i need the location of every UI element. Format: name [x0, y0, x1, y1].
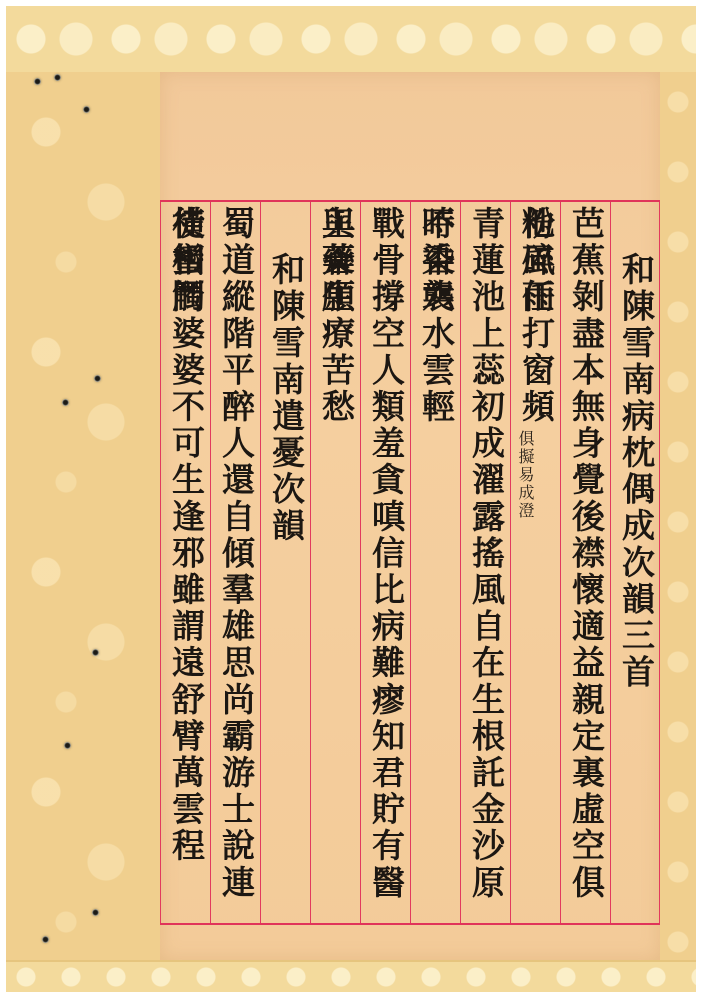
poem-line: 時香襲水雲輕 [411, 206, 461, 426]
column-8: 和陳雪南遣憂次韻 [260, 202, 310, 923]
brocade-left-strip [6, 72, 160, 960]
poem-title-2: 和陳雪南遣憂次韻 [261, 252, 311, 545]
column-1: 和陳雪南病枕偶成次韻三首 [610, 202, 660, 923]
poem-line: 戰骨撐空人類羞貪嗔信比病難瘳知君貯有醫王藥願 [361, 206, 411, 923]
manuscript-paper: 和陳雪南病枕偶成次韻三首 芭蕉剝盡本無身覺後襟懷適益親定裏虛空俱粉碎任 他風雨打… [160, 72, 660, 960]
binding-hole [83, 106, 90, 113]
brocade-right-strip [660, 72, 696, 960]
poem-line: 他風雨打窗頻 [511, 206, 561, 426]
binding-hole [54, 74, 61, 81]
column-10: 徒相鬥婆婆不可生逢邪雖謂遠舒臂萬雲程 [160, 202, 210, 923]
poem-line: 徒相鬥婆婆不可生逢邪雖謂遠舒臂萬雲程 [161, 206, 211, 865]
poem-line: 青蓮池上蕊初成濯露搖風自在生根託金沙原不染六 [461, 206, 511, 923]
binding-hole [64, 742, 71, 749]
poem-line: 芭蕉剝盡本無身覺後襟懷適益親定裏虛空俱粉碎任 [561, 206, 611, 923]
binding-hole [42, 936, 49, 943]
poem-line: 與蒼生療苦愁 [311, 206, 361, 426]
brocade-bottom-border [6, 960, 696, 992]
poem-line: 蜀道縱階平醉人還自傾羣雄思尚霸游士說連橫蠻觸 [211, 206, 261, 923]
column-5: 時香襲水雲輕 [410, 202, 460, 923]
binding-hole [62, 399, 69, 406]
poem-title-1: 和陳雪南病枕偶成次韻三首 [611, 252, 661, 691]
ruled-grid: 和陳雪南病枕偶成次韻三首 芭蕉剝盡本無身覺後襟懷適益親定裏虛空俱粉碎任 他風雨打… [160, 200, 660, 925]
binding-hole [92, 909, 99, 916]
column-6: 戰骨撐空人類羞貪嗔信比病難瘳知君貯有醫王藥願 [360, 202, 410, 923]
brocade-top-border [6, 6, 696, 74]
binding-hole [34, 78, 41, 85]
annotation-note: 俱擬易成澄 [515, 430, 535, 520]
column-3: 他風雨打窗頻 俱擬易成澄 [510, 202, 560, 923]
binding-hole [92, 649, 99, 656]
binding-hole [94, 375, 101, 382]
column-9: 蜀道縱階平醉人還自傾羣雄思尚霸游士說連橫蠻觸 [210, 202, 260, 923]
column-7: 與蒼生療苦愁 [310, 202, 360, 923]
column-2: 芭蕉剝盡本無身覺後襟懷適益親定裏虛空俱粉碎任 [560, 202, 610, 923]
column-4: 青蓮池上蕊初成濯露搖風自在生根託金沙原不染六 [460, 202, 510, 923]
